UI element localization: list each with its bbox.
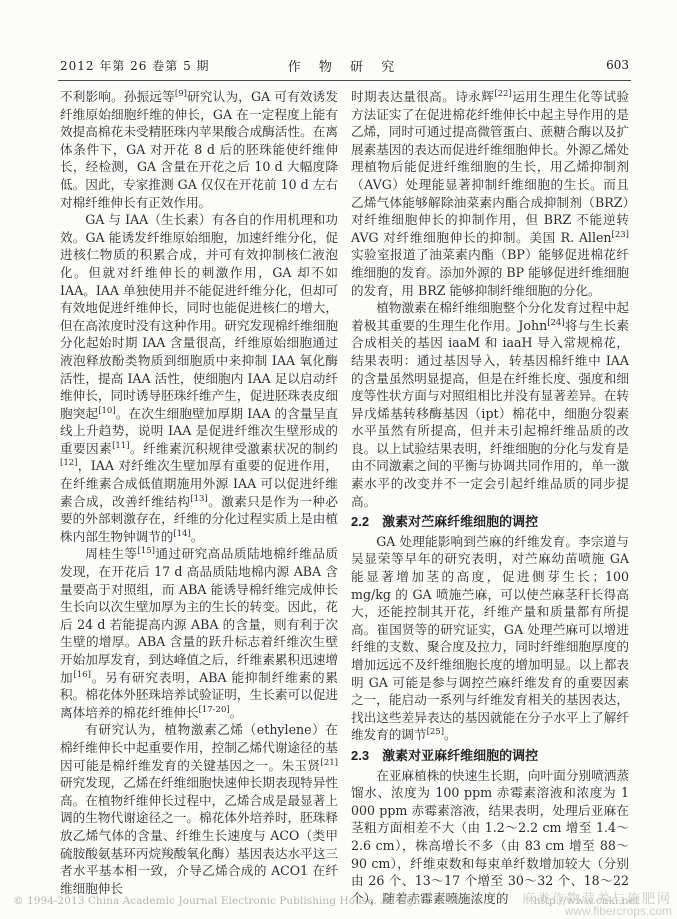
paragraph: 有研究认为，植物激素乙烯（ethylene）在棉纤维伸长中起重要作用，控制乙烯代… — [60, 721, 338, 897]
paragraph: 周桂生等[15]通过研究高品质陆地棉纤维品质发现，在开花后 17 d 高品质陆地… — [60, 545, 338, 721]
section-heading-2-3: 2.3 激素对亚麻纤维细胞的调控 — [351, 747, 629, 765]
right-column: 时期表达量很高。诗永辉[22]运用生理生化等试验方法证实了在促进棉花纤维伸长中起… — [351, 88, 629, 907]
header-page-number: 603 — [606, 58, 629, 72]
section-title: 激素对亚麻纤维细胞的调控 — [382, 747, 538, 765]
watermark: 麻类作物营养与施肥网 www.fibercrops.com — [522, 892, 672, 918]
paragraph: GA 与 IAA（生长素）有各自的作用机理和功效。GA 能诱发纤维原始细胞，加速… — [60, 211, 338, 545]
paragraph: 在亚麻植株的快速生长期，向叶面分别喷洒蒸馏水、浓度为 100 ppm 赤霉素溶液… — [351, 767, 629, 908]
watermark-site-url: www.fibercrops.com — [522, 905, 672, 918]
section-title: 激素对苎麻纤维细胞的调控 — [382, 513, 538, 531]
page-header: 2012 年第 26 卷第 5 期 作 物 研 究 603 — [60, 55, 629, 75]
section-number: 2.3 — [351, 747, 369, 765]
body-columns: 不利影响。孙振远等[9]研究认为，GA 可有效诱发纤维原始细胞纤维的伸长，GA … — [60, 88, 629, 907]
paragraph: 时期表达量很高。诗永辉[22]运用生理生化等试验方法证实了在促进棉花纤维伸长中起… — [351, 88, 629, 299]
paragraph: 植物激素在棉纤维细胞整个分化发育过程中起着极其重要的生理生化作用。John[24… — [351, 299, 629, 510]
header-journal-title: 作 物 研 究 — [60, 56, 629, 75]
paragraph: 不利影响。孙振远等[9]研究认为，GA 可有效诱发纤维原始细胞纤维的伸长，GA … — [60, 88, 338, 211]
paragraph: GA 处理能影响到苎麻的纤维发育。李宗道与吴显荣等早年的研究表明，对苎麻幼苗喷施… — [351, 533, 629, 744]
section-number: 2.2 — [351, 513, 369, 531]
paper-page: 2012 年第 26 卷第 5 期 作 物 研 究 603 不利影响。孙振远等[… — [0, 0, 677, 919]
header-rule — [58, 80, 631, 81]
copyright-text: © 1994-2013 China Academic Journal Elect… — [13, 895, 484, 907]
section-heading-2-2: 2.2 激素对苎麻纤维细胞的调控 — [351, 513, 629, 531]
left-column: 不利影响。孙振远等[9]研究认为，GA 可有效诱发纤维原始细胞纤维的伸长，GA … — [60, 88, 338, 907]
